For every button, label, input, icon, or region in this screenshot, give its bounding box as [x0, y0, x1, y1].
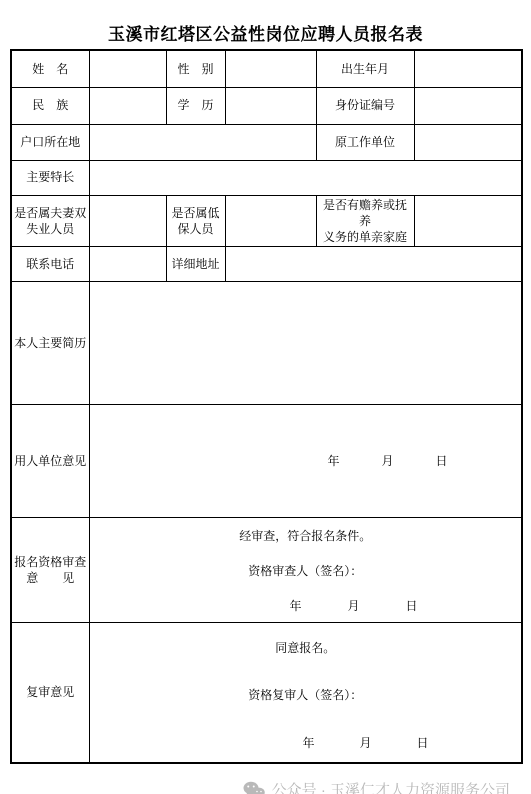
employer-date-line: 年 月 日 — [91, 453, 521, 469]
row-skills: 主要特长 — [11, 160, 522, 195]
gender-label: 性 别 — [166, 50, 225, 87]
recheck-date-line: 年 月 日 — [91, 735, 521, 751]
single-parent-value-cell — [414, 195, 522, 247]
application-form-table: 姓 名 性 别 出生年月 民 族 学 历 身份证编号 户口所在地 原工作单位 主… — [10, 49, 523, 764]
qualification-review-cell: 经审查，符合报名条件。 资格审查人（签名）： 年 月 日 — [89, 518, 522, 623]
ethnicity-label: 民 族 — [11, 87, 89, 124]
row-name-gender-birth: 姓 名 性 别 出生年月 — [11, 50, 522, 87]
resume-value-cell — [89, 282, 522, 405]
recheck-opinion-label: 复审意见 — [11, 623, 89, 764]
birth-date-label: 出生年月 — [316, 50, 414, 87]
skills-label: 主要特长 — [11, 160, 89, 195]
row-status-flags: 是否属夫妻双 失业人员 是否属低 保人员 是否有赡养或抚养 义务的单亲家庭 — [11, 195, 522, 247]
name-label: 姓 名 — [11, 50, 89, 87]
row-resume: 本人主要简历 — [11, 282, 522, 405]
qualification-review-label: 报名资格审查 意 见 — [11, 518, 89, 623]
recheck-approved-text: 同意报名。 — [91, 640, 521, 656]
name-value-cell — [89, 50, 166, 87]
phone-value-cell — [89, 247, 166, 282]
skills-value-cell — [89, 160, 522, 195]
recheck-signer-label: 资格复审人（签名）： — [91, 687, 521, 703]
date-year-label: 年 — [290, 598, 302, 614]
household-label: 户口所在地 — [11, 124, 89, 160]
date-day-label: 日 — [436, 453, 448, 469]
resume-label: 本人主要简历 — [11, 282, 89, 405]
birth-date-value-cell — [414, 50, 522, 87]
low-income-label: 是否属低 保人员 — [166, 195, 225, 247]
phone-label: 联系电话 — [11, 247, 89, 282]
ethnicity-value-cell — [89, 87, 166, 124]
low-income-value-cell — [225, 195, 316, 247]
review-date-line: 年 月 日 — [91, 598, 521, 614]
row-employer-opinion: 用人单位意见 年 月 日 — [11, 405, 522, 518]
gender-value-cell — [225, 50, 316, 87]
former-employer-value-cell — [414, 124, 522, 160]
review-approved-text: 经审查，符合报名条件。 — [91, 528, 521, 544]
review-signer-label: 资格审查人（签名）： — [91, 563, 521, 579]
row-phone-address: 联系电话 详细地址 — [11, 247, 522, 282]
employer-opinion-label: 用人单位意见 — [11, 405, 89, 518]
date-day-label: 日 — [406, 598, 418, 614]
form-title: 玉溪市红塔区公益性岗位应聘人员报名表 — [0, 20, 531, 45]
date-month-label: 月 — [382, 453, 394, 469]
date-month-label: 月 — [360, 735, 372, 751]
household-value-cell — [89, 124, 316, 160]
date-year-label: 年 — [328, 453, 340, 469]
education-label: 学 历 — [166, 87, 225, 124]
id-number-value-cell — [414, 87, 522, 124]
row-ethnicity-education-id: 民 族 学 历 身份证编号 — [11, 87, 522, 124]
date-month-label: 月 — [348, 598, 360, 614]
address-label: 详细地址 — [166, 247, 225, 282]
row-household-employer: 户口所在地 原工作单位 — [11, 124, 522, 160]
address-value-cell — [225, 247, 522, 282]
footer-account-text: 公众号 · 玉溪仁才人力资源服务公司 — [272, 779, 510, 794]
date-year-label: 年 — [303, 735, 315, 751]
education-value-cell — [225, 87, 316, 124]
recheck-opinion-cell: 同意报名。 资格复审人（签名）： 年 月 日 — [89, 623, 522, 764]
couple-unemployed-label: 是否属夫妻双 失业人员 — [11, 195, 89, 247]
wechat-icon — [243, 781, 265, 794]
couple-unemployed-value-cell — [89, 195, 166, 247]
id-number-label: 身份证编号 — [316, 87, 414, 124]
date-day-label: 日 — [417, 735, 429, 751]
row-recheck-opinion: 复审意见 同意报名。 资格复审人（签名）： 年 月 日 — [11, 623, 522, 764]
single-parent-label: 是否有赡养或抚养 义务的单亲家庭 — [316, 195, 414, 247]
former-employer-label: 原工作单位 — [316, 124, 414, 160]
employer-opinion-cell: 年 月 日 — [89, 405, 522, 518]
row-qualification-review: 报名资格审查 意 见 经审查，符合报名条件。 资格审查人（签名）： 年 月 日 — [11, 518, 522, 623]
footer: 公众号 · 玉溪仁才人力资源服务公司 — [0, 779, 531, 794]
form-page: 玉溪市红塔区公益性岗位应聘人员报名表 姓 名 性 别 出生年月 民 族 学 历 … — [0, 0, 531, 794]
